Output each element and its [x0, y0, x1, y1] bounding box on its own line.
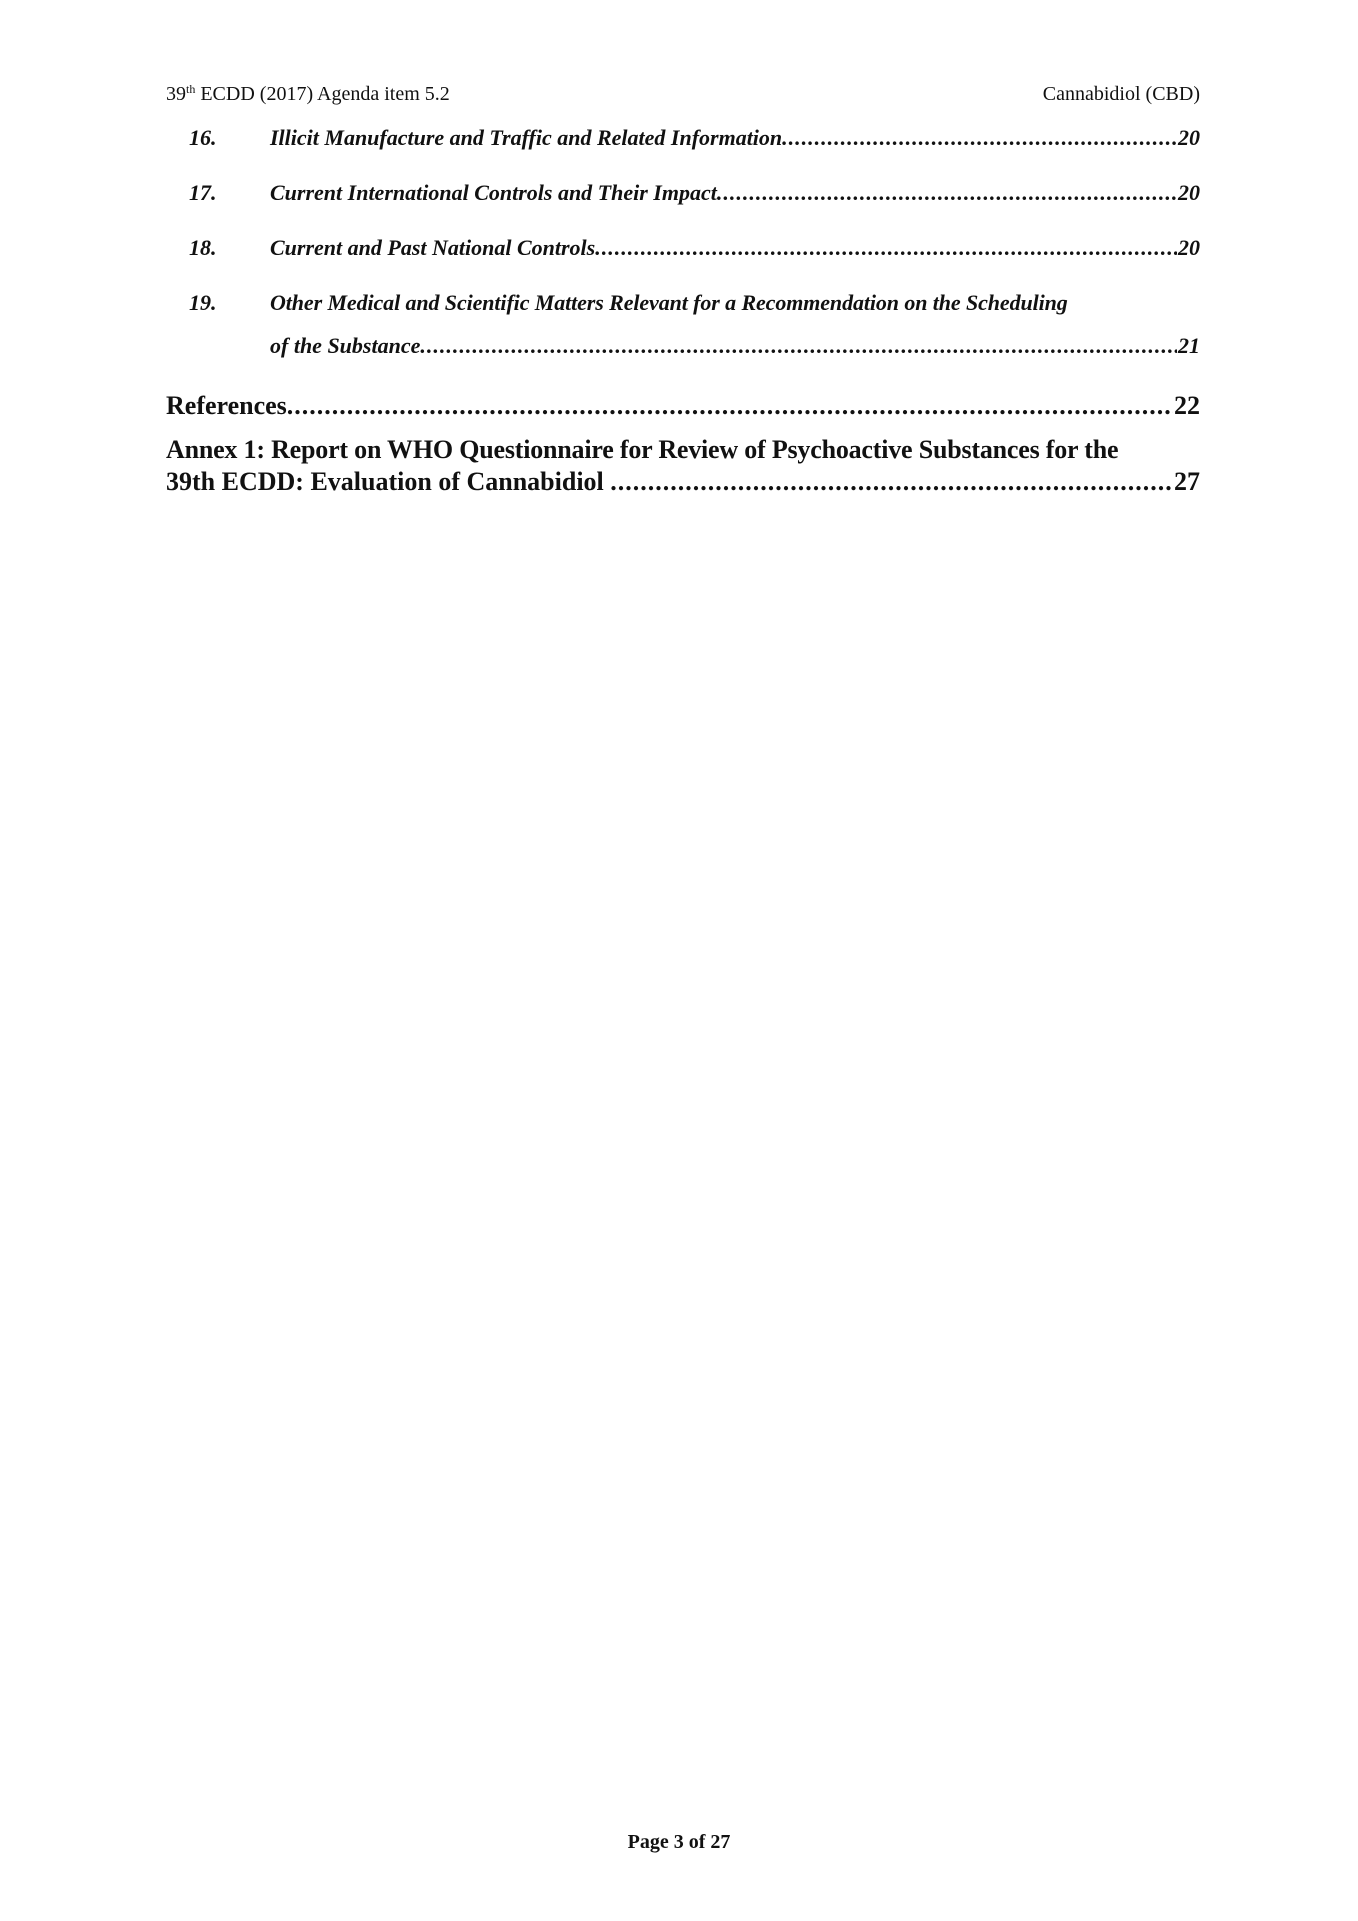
dot-leader	[595, 234, 1177, 262]
toc-entry-page[interactable]: 20	[1177, 124, 1200, 152]
toc-entry-page[interactable]: 20	[1177, 234, 1200, 262]
toc-entry-annex-1[interactable]: Annex 1: Report on WHO Questionnaire for…	[166, 434, 1200, 498]
header-left-number: 39	[166, 83, 186, 105]
dot-leader	[610, 466, 1173, 498]
header-superscript: th	[186, 82, 195, 96]
page-number-footer: Page 3 of 27	[0, 1831, 1358, 1854]
toc-entry-number: 16.	[189, 124, 214, 152]
toc-entry-page[interactable]: 20	[1177, 179, 1200, 207]
toc-entry-title[interactable]: Illicit Manufacture and Traffic and Rela…	[270, 124, 782, 152]
toc-entry-number: 17.	[189, 179, 214, 207]
toc-entry-page[interactable]: 22	[1173, 390, 1200, 422]
header-left: 39th ECDD (2017) Agenda item 5.2	[166, 82, 450, 106]
toc-entry-number: 19.	[189, 289, 214, 360]
toc-entry-title-line2[interactable]: of the Substance	[270, 332, 420, 360]
table-of-contents: 16. Illicit Manufacture and Traffic and …	[166, 124, 1200, 498]
running-header: 39th ECDD (2017) Agenda item 5.2 Cannabi…	[166, 82, 1200, 106]
header-right: Cannabidiol (CBD)	[1043, 82, 1200, 106]
toc-entry-title[interactable]: References	[166, 390, 287, 422]
toc-entry-number: 18.	[189, 234, 214, 262]
toc-entry-page[interactable]: 27	[1173, 466, 1200, 498]
toc-entry-title-line1[interactable]: Annex 1: Report on WHO Questionnaire for…	[166, 434, 1200, 466]
toc-entry-18[interactable]: 18. Current and Past National Controls 2…	[166, 234, 1200, 262]
toc-entry-title[interactable]: Current International Controls and Their…	[270, 179, 717, 207]
toc-entry-page[interactable]: 21	[1177, 332, 1200, 360]
dot-leader	[287, 390, 1173, 422]
header-left-text: ECDD (2017) Agenda item 5.2	[195, 83, 449, 105]
toc-entry-title[interactable]: Current and Past National Controls	[270, 234, 595, 262]
dot-leader	[782, 124, 1177, 152]
toc-entry-16[interactable]: 16. Illicit Manufacture and Traffic and …	[166, 124, 1200, 152]
toc-entry-17[interactable]: 17. Current International Controls and T…	[166, 179, 1200, 207]
dot-leader	[717, 179, 1177, 207]
toc-entry-title-line2[interactable]: 39th ECDD: Evaluation of Cannabidiol	[166, 466, 610, 498]
toc-entry-19[interactable]: 19. Other Medical and Scientific Matters…	[166, 289, 1200, 360]
toc-entry-title-line1[interactable]: Other Medical and Scientific Matters Rel…	[270, 289, 1200, 317]
dot-leader	[420, 332, 1177, 360]
toc-entry-references[interactable]: References 22	[166, 390, 1200, 422]
